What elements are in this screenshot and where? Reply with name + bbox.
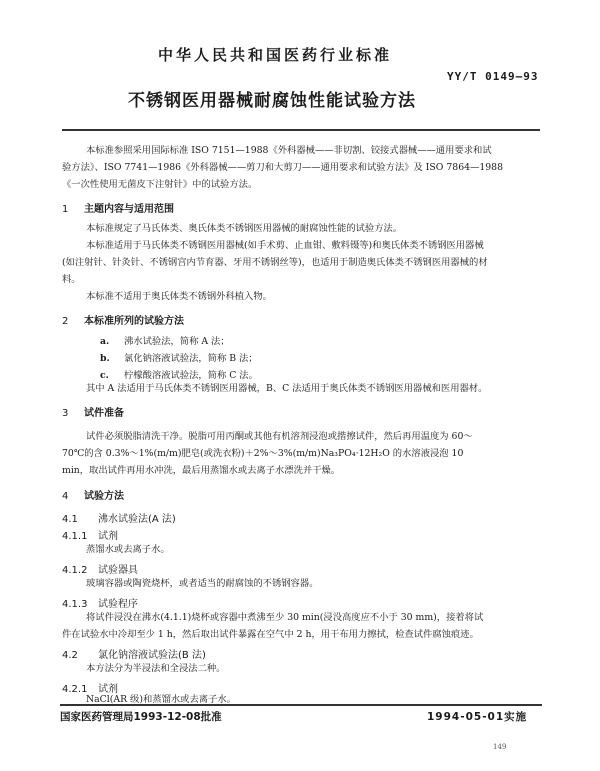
s1-paragraph-2-line-2: (如注射针、针灸针、不锈钢宫内节育器、牙用不锈钢丝等)，也适用于制造奥氏体类不锈… bbox=[62, 254, 488, 271]
implementation-date: 1994-05-01实施 bbox=[427, 709, 527, 724]
s4-1-3-line-1: 将试件浸没在沸水(4.1.1)烧杯或容器中煮沸至少 30 min(浸没高度应不小… bbox=[86, 609, 483, 626]
section-number: 3 bbox=[62, 408, 84, 419]
standard-number: YY/T 0149—93 bbox=[447, 70, 538, 83]
intro-line-2: 验方法》、ISO 7741—1986《外科器械——剪刀和大剪刀——通用要求和试验… bbox=[62, 159, 503, 176]
subsection-4-1-3: 4.1.3试验程序 bbox=[62, 595, 138, 610]
section-1-heading: 1主题内容与适用范围 bbox=[62, 200, 174, 215]
s3-line-3: min，取出试件再用水冲洗，最后用蒸馏水或去离子水漂洗并干燥。 bbox=[62, 462, 340, 479]
s1-paragraph-3: 本标准不适用于奥氏体类不锈钢外科植入物。 bbox=[86, 288, 272, 305]
s4-1-3-line-2: 件在试验水中冷却至少 1 h，然后取出试件暴露在空气中 2 h，用干布用力擦拭，… bbox=[62, 626, 479, 643]
s3-line-2: 70℃的含 0.3%～1%(m/m)肥皂(或洗衣粉)＋2%～3%(m/m)Na₃… bbox=[62, 445, 463, 462]
intro-line-1: 本标准参照采用国际标准 ISO 7151—1988《外科器械——非切割、铰接式器… bbox=[86, 142, 492, 159]
subsection-number: 4.1 bbox=[62, 514, 92, 525]
section-2-heading: 2本标准所列的试验方法 bbox=[62, 312, 184, 327]
s4-1-2-text: 玻璃容器或陶瓷烧杯，或者适当的耐腐蚀的不锈钢容器。 bbox=[86, 575, 318, 592]
section-3-heading: 3试件准备 bbox=[62, 404, 124, 419]
list-item: b.氯化钠溶液试验法，简称 B 法； bbox=[100, 350, 258, 364]
list-marker: a. bbox=[100, 336, 124, 347]
subsection-4-2: 4.2氯化钠溶液试验法(B 法) bbox=[62, 646, 206, 661]
approval-date: 国家医药管理局1993-12-08批准 bbox=[60, 709, 222, 724]
s2-note: 其中 A 法适用于马氏体类不锈钢医用器械，B、C 法适用于奥氏体类不锈钢医用器械… bbox=[86, 380, 487, 397]
s4-2-text: 本方法分为半浸法和全浸法二种。 bbox=[86, 660, 225, 677]
subsection-title: 沸水试验法(A 法) bbox=[98, 514, 176, 525]
s1-paragraph-1: 本标准规定了马氏体类、奥氏体类不锈钢医用器械的耐腐蚀性能的试验方法。 bbox=[86, 220, 402, 237]
section-number: 1 bbox=[62, 204, 84, 215]
section-title: 主题内容与适用范围 bbox=[84, 204, 174, 215]
list-item: c.柠檬酸溶液试验法，简称 C 法。 bbox=[100, 367, 258, 381]
section-title: 本标准所列的试验方法 bbox=[84, 316, 184, 327]
page-number: 149 bbox=[493, 743, 506, 751]
section-title: 试件准备 bbox=[84, 408, 124, 419]
document-title: 不锈钢医用器械耐腐蚀性能试验方法 bbox=[128, 86, 416, 111]
s1-paragraph-2-line-3: 料。 bbox=[62, 271, 81, 288]
issuing-organization: 中华人民共和国医药行业标准 bbox=[0, 44, 575, 65]
subsection-4-1: 4.1沸水试验法(A 法) bbox=[62, 510, 176, 525]
header-divider bbox=[62, 129, 540, 131]
footer-divider bbox=[60, 704, 542, 706]
section-number: 2 bbox=[62, 316, 84, 327]
intro-line-3: 《一次性使用无菌皮下注射针》中的试验方法。 bbox=[62, 176, 257, 193]
subsection-4-1-2: 4.1.2试验器具 bbox=[62, 561, 138, 576]
list-item: a.沸水试验法，简称 A 法； bbox=[100, 333, 230, 347]
section-title: 试验方法 bbox=[84, 491, 124, 502]
subsection-4-1-1: 4.1.1试剂 bbox=[62, 527, 118, 542]
s4-1-1-text: 蒸馏水或去离子水。 bbox=[86, 541, 170, 558]
list-text: 沸水试验法，简称 A 法； bbox=[124, 336, 230, 347]
s3-line-1: 试件必须脱脂清洗干净。脱脂可用丙酮或其他有机溶剂浸泡或揩擦试件，然后再用温度为 … bbox=[86, 428, 473, 445]
s1-paragraph-2-line-1: 本标准适用于马氏体类不锈钢医用器械(如手术剪、止血钳、敷料镊等)和奥氏体类不锈钢… bbox=[86, 237, 484, 254]
list-marker: b. bbox=[100, 353, 124, 364]
section-number: 4 bbox=[62, 491, 84, 502]
section-4-heading: 4试验方法 bbox=[62, 487, 124, 502]
list-text: 氯化钠溶液试验法，简称 B 法； bbox=[124, 353, 258, 364]
